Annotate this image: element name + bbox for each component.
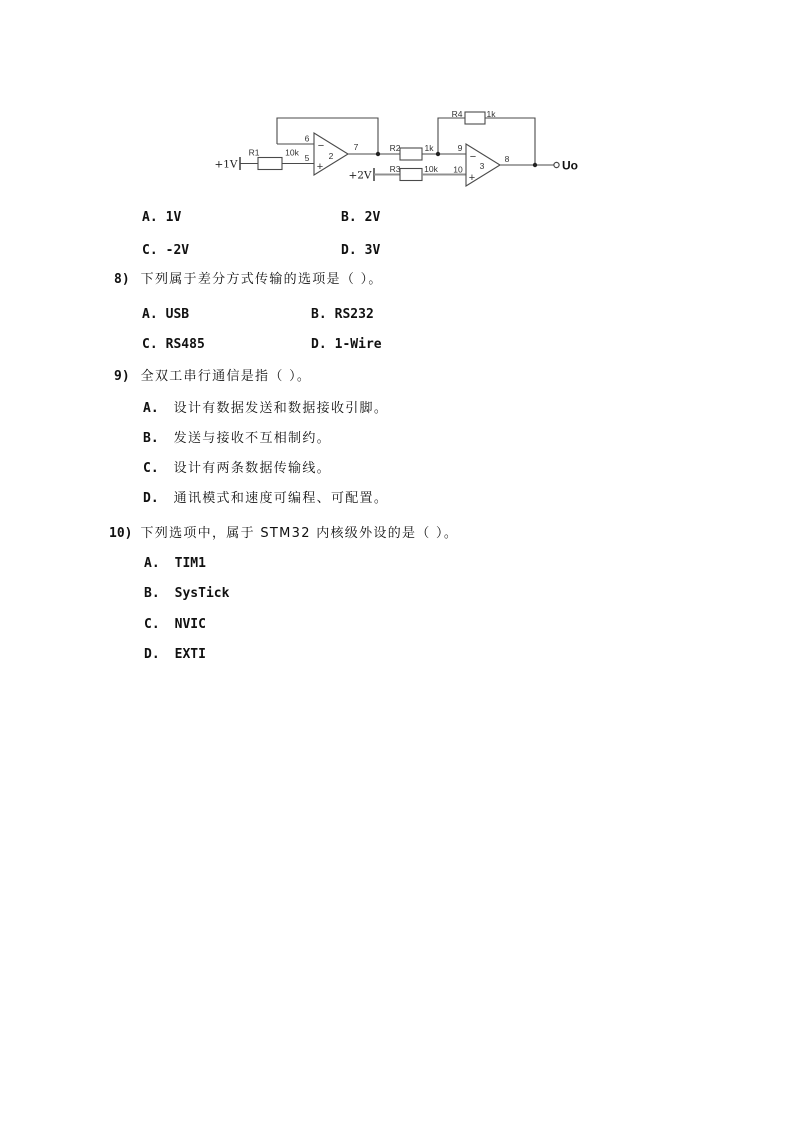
question-text: 下列选项中，属于 STM32 内核级外设的是（ ）。 [140,526,458,541]
q10-option-c: C.NVIC [144,613,206,632]
option-text: 1-Wire [335,337,382,352]
q8-option-a: A.USB [142,303,189,322]
option-text: USB [166,307,189,322]
option-text: EXTI [175,647,206,662]
r1-value-label: 10k [285,148,299,158]
option-text: NVIC [175,617,206,632]
option-letter: C. [142,337,158,352]
option-letter: C. [143,461,159,476]
node-dot-amp2-output [533,163,537,167]
question-number: 10) [109,526,132,541]
option-letter: A. [142,210,158,225]
question-text: 下列属于差分方式传输的选项是（ ）。 [141,272,383,287]
option-letter: B. [144,586,160,601]
q10-option-b: B.SysTick [144,582,229,601]
q8-option-b: B.RS232 [311,303,374,322]
r4-branch-right-wire [485,118,535,165]
resistor-r4 [465,112,485,124]
question-number: 8) [114,272,130,287]
option-text: RS232 [335,307,374,322]
option-letter: B. [143,431,159,446]
amp2-minus-sign: − [470,151,476,163]
option-letter: C. [144,617,160,632]
vin2-label: +2V [348,170,371,182]
q10-option-a: A.TIM1 [144,552,206,571]
q10-option-d: D.EXTI [144,643,206,662]
q7-option-b: B.2V [341,206,380,225]
option-letter: D. [144,647,160,662]
amp1-minus-sign: − [318,140,324,152]
option-text: 设计有两条数据传输线。 [174,461,331,476]
exam-page: +1V R1 10k 5 6 − + 2 7 R2 1k 9 R4 1k +2V… [0,0,793,1122]
q9-option-b: B.发送与接收不互相制约。 [143,427,331,447]
q9-option-c: C.设计有两条数据传输线。 [143,457,331,477]
option-text: 2V [365,210,381,225]
resistor-r1 [258,158,282,170]
amp2-number-label: 3 [480,161,485,171]
pin10-label: 10 [453,165,463,175]
option-letter: A. [142,307,158,322]
output-terminal-circle [554,162,559,167]
r4-value-label: 1k [487,109,497,119]
option-text: 设计有数据发送和数据接收引脚。 [174,401,389,416]
r2-value-label: 1k [425,143,435,153]
pin7-label: 7 [354,142,359,152]
amp1-plus-sign: + [317,161,323,173]
node-dot-r2-r4 [436,152,440,156]
pin6-label: 6 [305,134,310,144]
option-text: -2V [166,243,189,258]
r4-name-label: R4 [452,109,463,119]
q8-option-c: C.RS485 [142,333,205,352]
option-letter: A. [143,401,159,416]
option-letter: C. [142,243,158,258]
r3-value-label: 10k [424,164,438,174]
pin9-label: 9 [458,143,463,153]
r2-name-label: R2 [390,143,401,153]
q10-heading: 10)下列选项中，属于 STM32 内核级外设的是（ ）。 [109,522,458,542]
vin1-label: +1V [214,159,237,171]
option-letter: B. [311,307,327,322]
option-letter: A. [144,556,160,571]
q7-option-d: D.3V [341,239,380,258]
resistor-r2 [400,148,422,160]
q9-heading: 9)全双工串行通信是指（ ）。 [114,365,311,385]
q9-option-d: D.通讯模式和速度可编程、可配置。 [143,487,388,507]
opamp-circuit-diagram: +1V R1 10k 5 6 − + 2 7 R2 1k 9 R4 1k +2V… [208,86,592,200]
pin8-label: 8 [505,154,510,164]
option-text: 1V [166,210,182,225]
r3-name-label: R3 [390,164,401,174]
option-text: SysTick [175,586,230,601]
option-letter: D. [341,243,357,258]
option-text: TIM1 [175,556,206,571]
output-uo-label: Uo [562,159,578,173]
option-text: 发送与接收不互相制约。 [174,431,331,446]
option-text: 通讯模式和速度可编程、可配置。 [174,491,389,506]
resistor-r3 [400,169,422,181]
node-dot-amp1-output [376,152,380,156]
option-letter: B. [341,210,357,225]
amp1-number-label: 2 [329,151,334,161]
q9-option-a: A.设计有数据发送和数据接收引脚。 [143,397,388,417]
option-text: RS485 [166,337,205,352]
r1-name-label: R1 [249,148,260,158]
q8-heading: 8)下列属于差分方式传输的选项是（ ）。 [114,268,383,288]
question-number: 9) [114,369,130,384]
q7-option-c: C.-2V [142,239,189,258]
q7-option-a: A.1V [142,206,181,225]
pin5-label: 5 [305,153,310,163]
option-letter: D. [143,491,159,506]
q8-option-d: D.1-Wire [311,333,382,352]
amp2-plus-sign: + [469,172,475,184]
option-text: 3V [365,243,381,258]
option-letter: D. [311,337,327,352]
question-text: 全双工串行通信是指（ ）。 [141,369,312,384]
